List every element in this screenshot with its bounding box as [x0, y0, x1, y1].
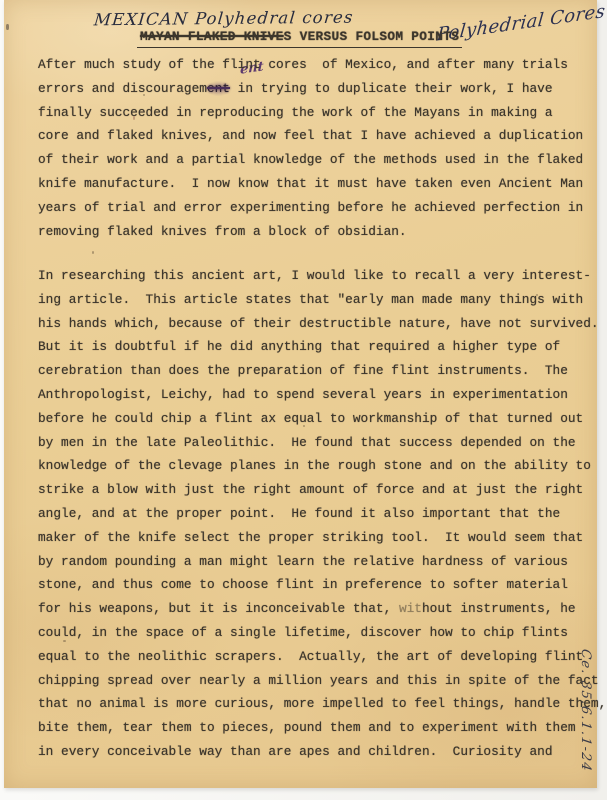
paper-speck: [133, 116, 135, 120]
typed-line: core and flaked knives, and now feel tha…: [38, 124, 593, 148]
typed-line: cerebration than does the preparation of…: [38, 359, 593, 383]
typed-line: that no animal is more curious, more imp…: [38, 692, 593, 716]
typed-line: chipping spread over nearly a million ye…: [38, 669, 593, 693]
typed-line: But it is doubtful if he did anything th…: [38, 335, 593, 359]
paragraph-1: After much study of the flint cores of M…: [38, 53, 593, 243]
typed-segment-faded: wit: [399, 601, 422, 616]
paragraph-2: In researching this ancient art, I would…: [38, 264, 593, 764]
typed-line: by men in the late Paleolithic. He found…: [38, 431, 593, 455]
typed-title-struck-text: MAYAN FLAKED KNIVE: [140, 29, 284, 44]
typed-line: knowledge of the clevage planes in the r…: [38, 454, 593, 478]
typed-line: In researching this ancient art, I would…: [38, 264, 593, 288]
paper-speck: [63, 640, 66, 642]
handwritten-title-annotation: MEXICAN Polyhedral cores: [93, 8, 354, 30]
typed-line: strike a blow with just the right amount…: [38, 478, 593, 502]
typed-title-remaining-text: S VERSUS FOLSOM POINTS: [284, 29, 460, 44]
typed-line: equal to the neolithic scrapers. Actuall…: [38, 645, 593, 669]
typed-segment: errors and discouragem: [38, 81, 207, 96]
typed-line: bite them, tear them to pieces, pound th…: [38, 716, 593, 740]
typed-segment: hout instruments, he: [422, 601, 576, 616]
paper-speck: [92, 251, 94, 254]
document-page: MEXICAN Polyhedral cores Polyhedrial Cor…: [4, 0, 597, 788]
typed-line: maker of the knife select the proper str…: [38, 526, 593, 550]
paper-speck: [143, 94, 145, 96]
typed-line: for his weapons, but it is inconceivable…: [38, 597, 593, 621]
typed-line: ing article. This article states that "e…: [38, 288, 593, 312]
typed-line: before he could chip a flint ax equal to…: [38, 407, 593, 431]
typed-line: his hands which, because of their destru…: [38, 312, 593, 336]
typed-line: years of trial and error experimenting b…: [38, 196, 593, 220]
handwritten-catalog-number: Ce. 35.6.1.1-24: [578, 648, 593, 773]
typed-segment: in trying to duplicate their work, I hav…: [230, 81, 553, 96]
paper-speck: [303, 425, 305, 427]
typed-title: MAYAN FLAKED KNIVES VERSUS FOLSOM POINTS: [137, 29, 462, 48]
typed-line: finally succeeded in reproducing the wor…: [38, 101, 593, 125]
paper-speck: [423, 181, 425, 183]
typed-line: could, in the space of a single lifetime…: [38, 621, 593, 645]
typed-line: removing flaked knives from a block of o…: [38, 220, 593, 244]
typed-line: knife manufacture. I now know that it mu…: [38, 172, 593, 196]
typed-line: stone, and thus come to choose flint in …: [38, 573, 593, 597]
typed-line: by random pounding a man might learn the…: [38, 550, 593, 574]
typed-line: errors and discouragement in trying to d…: [38, 77, 593, 101]
typed-line: in every conceivable way than are apes a…: [38, 740, 593, 764]
paper-edge-mark: [6, 24, 9, 30]
typed-segment-blot: ent: [207, 81, 230, 96]
typed-line: angle, and at the proper point. He found…: [38, 502, 593, 526]
typed-line: After much study of the flint cores of M…: [38, 53, 593, 77]
typed-line: Anthropologist, Leichy, had to spend sev…: [38, 383, 593, 407]
typed-line: of their work and a partial knowledge of…: [38, 148, 593, 172]
typed-segment: for his weapons, but it is inconceivable…: [38, 601, 399, 616]
paper-speck: [536, 294, 538, 296]
scan-background: MEXICAN Polyhedral cores Polyhedrial Cor…: [0, 0, 607, 800]
